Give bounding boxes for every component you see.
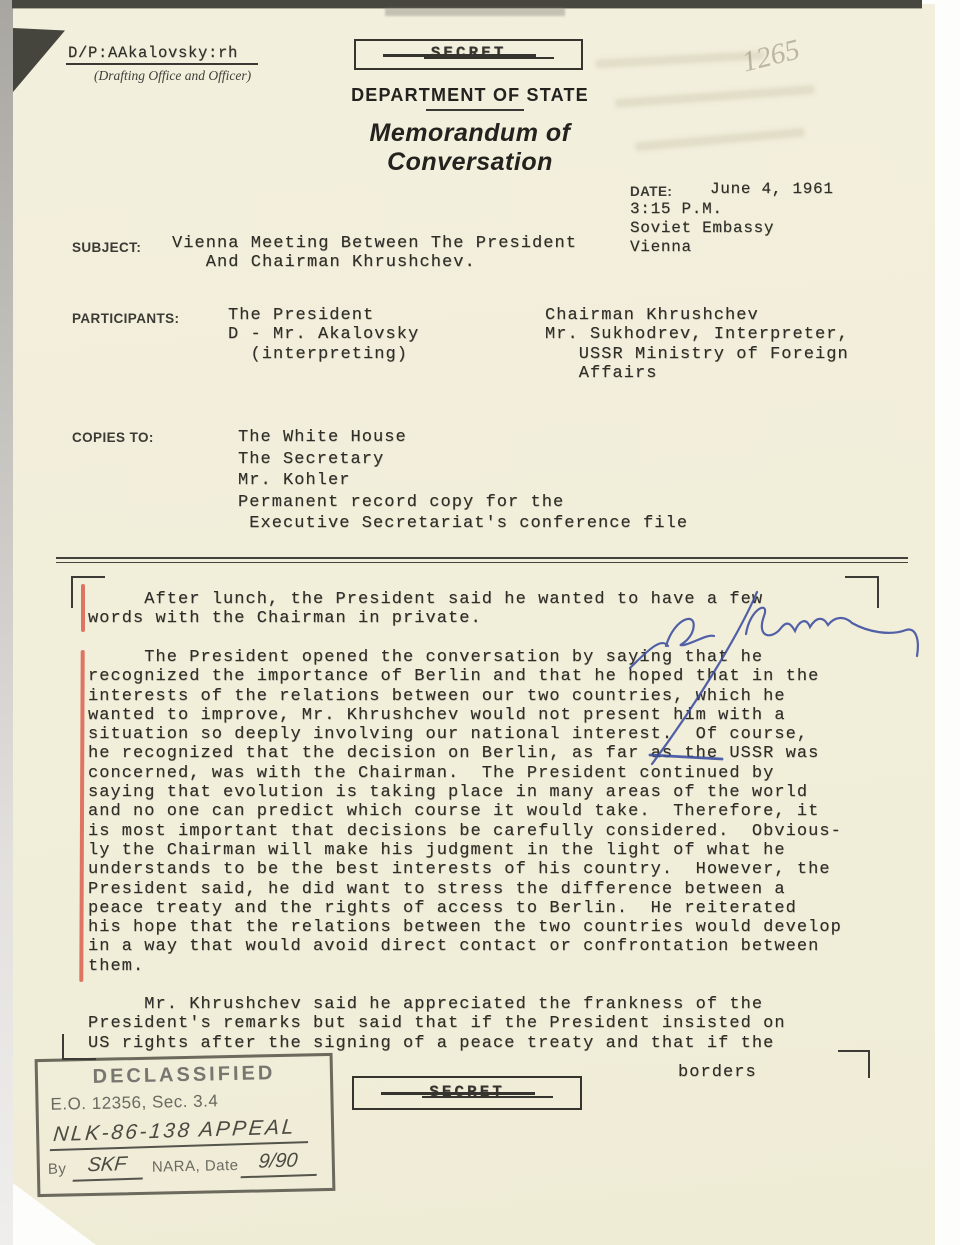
strikethrough-line: [422, 1096, 553, 1098]
subject-value: Vienna Meeting Between The President And…: [172, 234, 577, 273]
participants-right-column: Chairman Khrushchev Mr. Sukhodrev, Inter…: [545, 306, 849, 383]
copies-to-list: The White House The Secretary Mr. Kohler…: [238, 427, 688, 535]
berlin-strike-line: [650, 755, 722, 759]
nara-date-label: NARA, Date: [152, 1157, 239, 1176]
handwritten-initials: SKF: [73, 1152, 146, 1181]
body-paragraph-3: Mr. Khrushchev said he appreciated the f…: [88, 995, 786, 1053]
eo-citation: E.O. 12356, Sec. 3.4: [50, 1091, 218, 1115]
scan-left-edge: [0, 0, 13, 1245]
drafting-caption: (Drafting Office and Officer): [94, 68, 251, 84]
date-value: June 4, 1961: [710, 180, 834, 199]
red-margin-line: [81, 584, 85, 632]
drafting-underline: [66, 63, 258, 65]
signature-scribble: [746, 608, 918, 656]
blue-diagonal-stroke: [652, 592, 757, 764]
place-line2: Vienna: [630, 238, 692, 257]
separator-rule: [56, 557, 908, 559]
strikethrough-line: [424, 57, 555, 59]
by-label: By: [48, 1160, 67, 1177]
participants-left-column: The President D - Mr. Akalovsky (interpr…: [228, 306, 419, 364]
department-underline: [426, 109, 524, 111]
corner-bracket-bottom-left: [62, 1034, 96, 1060]
classification-stamp-top: SECRET: [354, 39, 583, 70]
declassified-text: DECLASSIFIED: [38, 1061, 330, 1090]
date-label: DATE:: [630, 184, 672, 199]
handwritten-appeal-number: NLK-86-138 APPEAL: [50, 1115, 311, 1151]
subject-label: SUBJECT:: [72, 240, 141, 255]
catchword: borders: [678, 1063, 757, 1082]
copies-to-label: COPIES TO:: [72, 430, 154, 445]
separator-rule: [56, 562, 908, 564]
handwritten-date: 9/90: [241, 1149, 320, 1178]
blue-ink-signature: [600, 572, 940, 782]
strikethrough-line: [383, 54, 536, 57]
participants-label: PARTICIPANTS:: [72, 311, 179, 326]
scan-top-edge: [12, 0, 922, 8]
drafting-office-line: D/P:AAkalovsky:rh: [68, 44, 238, 63]
strikethrough-line: [381, 1092, 535, 1095]
place-line1: Soviet Embassy: [630, 219, 774, 238]
declassified-stamp: DECLASSIFIED E.O. 12356, Sec. 3.4 NLK-86…: [35, 1053, 336, 1197]
department-heading: DEPARTMENT OF STATE: [320, 85, 620, 106]
scan-smudge: [385, 8, 565, 16]
document-title: Memorandum of Conversation: [290, 119, 650, 177]
classification-stamp-bottom: SECRET: [352, 1076, 582, 1110]
time-value: 3:15 P.M.: [630, 200, 723, 219]
corner-bracket-bottom-right: [838, 1050, 870, 1078]
